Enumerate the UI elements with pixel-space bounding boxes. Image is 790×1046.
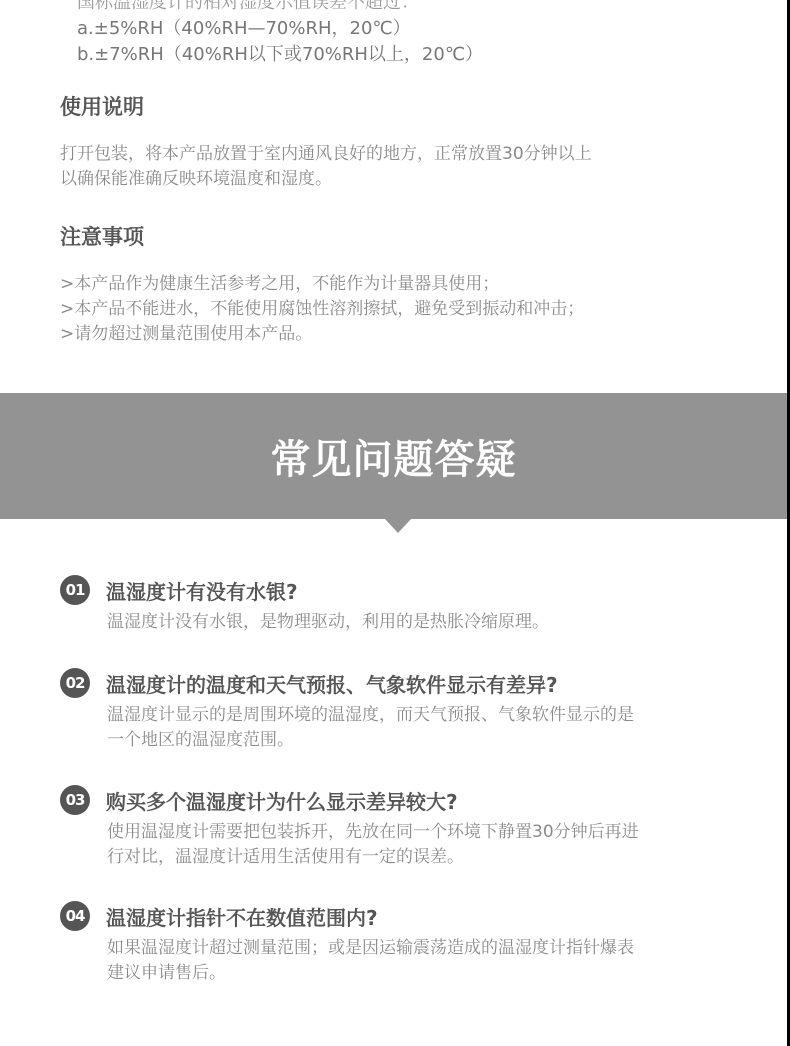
notes-title: 注意事项 [60, 222, 740, 252]
faq-number-badge: 02 [60, 668, 90, 698]
faq-answer: 使用温湿度计需要把包装拆开，先放在同一个环境下静置30分钟后再进 行对比，温湿度… [107, 820, 750, 870]
faq-item: 02 温湿度计的温度和天气预报、气象软件显示有差异? 温湿度计显示的是周围环境的… [60, 667, 750, 753]
faq-item: 01 温湿度计有没有水银? 温湿度计没有水银，是物理驱动，利用的是热胀冷缩原理。 [60, 574, 750, 635]
faq-answer: 温湿度计显示的是周围环境的温湿度，而天气预报、气象软件显示的是 一个地区的温湿度… [107, 703, 750, 753]
notes-body: >本产品作为健康生活参考之用，不能作为计量器具使用； >本产品不能进水，不能使用… [60, 272, 740, 347]
faq-number-badge: 04 [60, 901, 90, 931]
usage-title: 使用说明 [60, 92, 740, 122]
faq-number-badge: 01 [60, 575, 90, 605]
faq-banner: 常见问题答疑 [0, 393, 787, 519]
faq-answer-line: 一个地区的温湿度范围。 [107, 728, 750, 753]
faq-answer-line: 温湿度计显示的是周围环境的温湿度，而天气预报、气象软件显示的是 [107, 703, 750, 728]
faq-question: 温湿度计有没有水银? [106, 576, 298, 605]
notes-line: >本产品不能进水，不能使用腐蚀性溶剂擦拭，避免受到振动和冲击； [60, 297, 740, 322]
faq-answer-line: 建议申请售后。 [107, 961, 750, 986]
faq-answer: 如果温湿度计超过测量范围；或是因运输震荡造成的温湿度计指针爆表 建议申请售后。 [107, 936, 750, 986]
faq-question: 温湿度计指针不在数值范围内? [106, 902, 378, 931]
usage-body: 打开包装，将本产品放置于室内通风良好的地方，正常放置30分钟以上 以确保能准确反… [60, 142, 740, 192]
faq-item: 04 温湿度计指针不在数值范围内? 如果温湿度计超过测量范围；或是因运输震荡造成… [60, 900, 750, 986]
usage-line: 打开包装，将本产品放置于室内通风良好的地方，正常放置30分钟以上 [60, 142, 740, 167]
notes-section: 注意事项 >本产品作为健康生活参考之用，不能作为计量器具使用； >本产品不能进水… [60, 222, 740, 347]
faq-question: 温湿度计的温度和天气预报、气象软件显示有差异? [106, 669, 558, 698]
faq-item: 03 购买多个温湿度计为什么显示差异较大? 使用温湿度计需要把包装拆开，先放在同… [60, 784, 750, 870]
usage-line: 以确保能准确反映环境温度和湿度。 [60, 167, 740, 192]
faq-answer-line: 如果温湿度计超过测量范围；或是因运输震荡造成的温湿度计指针爆表 [107, 936, 750, 961]
faq-answer-line: 温湿度计没有水银，是物理驱动，利用的是热胀冷缩原理。 [107, 610, 750, 635]
spec-line-a: a.±5%RH（40%RH—70%RH，20℃） [77, 16, 483, 42]
spec-line-b: b.±7%RH（40%RH以下或70%RH以上，20℃） [77, 42, 483, 68]
accuracy-spec: 国标温湿度计的相对湿度示值误差不超过： a.±5%RH（40%RH—70%RH，… [77, 0, 483, 68]
faq-question: 购买多个温湿度计为什么显示差异较大? [106, 786, 458, 815]
faq-answer-line: 使用温湿度计需要把包装拆开，先放在同一个环境下静置30分钟后再进 [107, 820, 750, 845]
faq-number-badge: 03 [60, 785, 90, 815]
faq-answer: 温湿度计没有水银，是物理驱动，利用的是热胀冷缩原理。 [107, 610, 750, 635]
faq-answer-line: 行对比，温湿度计适用生活使用有一定的误差。 [107, 845, 750, 870]
notes-line: >请勿超过测量范围使用本产品。 [60, 322, 740, 347]
notes-line: >本产品作为健康生活参考之用，不能作为计量器具使用； [60, 272, 740, 297]
banner-down-arrow-icon [385, 519, 411, 533]
spec-intro: 国标温湿度计的相对湿度示值误差不超过： [77, 0, 483, 16]
usage-section: 使用说明 打开包装，将本产品放置于室内通风良好的地方，正常放置30分钟以上 以确… [60, 92, 740, 192]
faq-banner-title: 常见问题答疑 [271, 428, 517, 485]
